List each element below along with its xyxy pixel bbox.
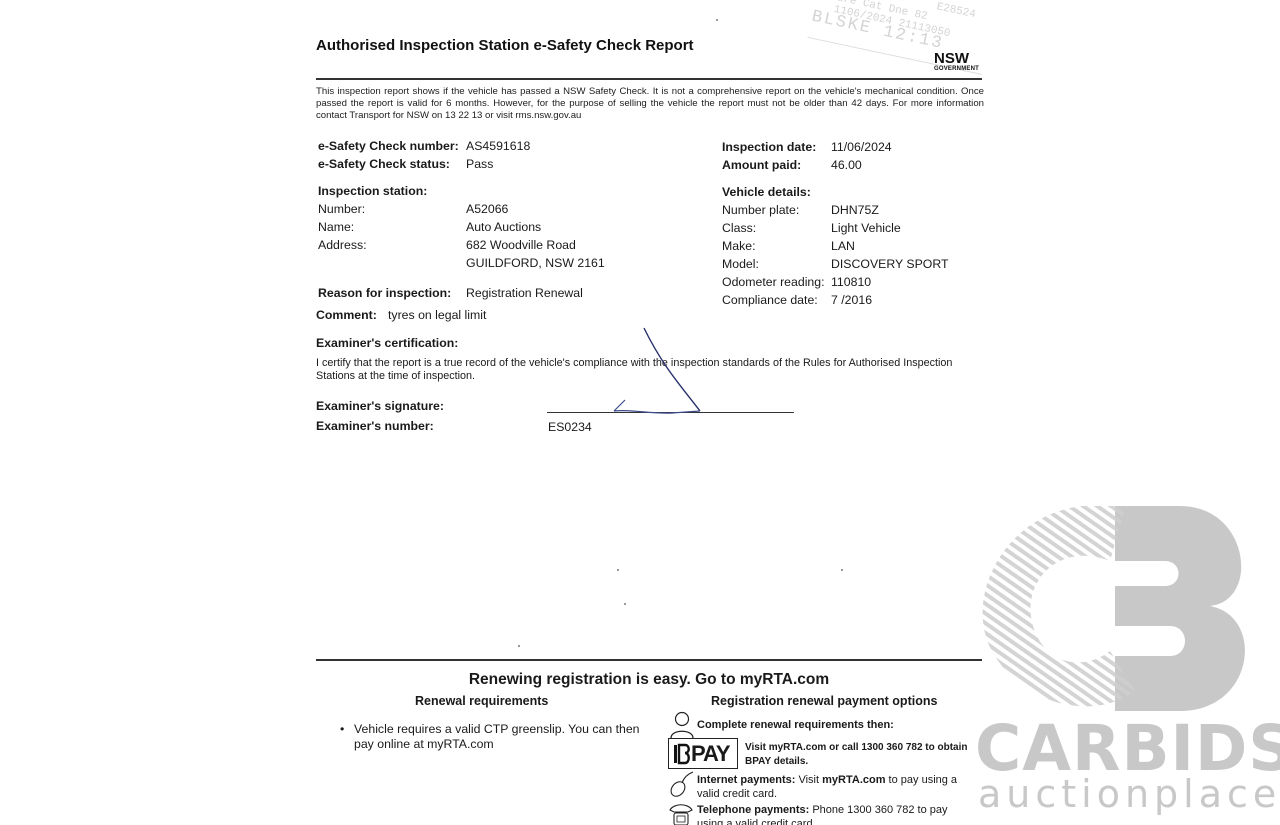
station-address-label: Address: bbox=[318, 236, 466, 254]
scan-speck bbox=[518, 645, 520, 647]
station-address-line2: GUILDFORD, NSW 2161 bbox=[466, 254, 605, 272]
odometer-value: 110810 bbox=[831, 275, 871, 289]
amount-paid-label: Amount paid: bbox=[722, 156, 831, 174]
model-value: DISCOVERY SPORT bbox=[831, 257, 949, 271]
reason-label: Reason for inspection: bbox=[318, 284, 466, 302]
scan-speck bbox=[624, 603, 626, 605]
reason-value: Registration Renewal bbox=[466, 286, 583, 300]
telephone-payment-line-2: using a valid credit card. bbox=[697, 817, 816, 825]
carbids-watermark-logo bbox=[975, 506, 1255, 711]
myrta-link[interactable]: myRTA.com bbox=[822, 774, 885, 786]
requirement-text: Vehicle requires a valid CTP greenslip. … bbox=[354, 722, 660, 752]
nsw-logo-mark: NSW bbox=[934, 53, 979, 66]
plate-value: DHN75Z bbox=[831, 203, 879, 217]
make-label: Make: bbox=[722, 237, 831, 255]
inspection-date-label: Inspection date: bbox=[722, 138, 831, 156]
certification-heading: Examiner's certification: bbox=[316, 334, 458, 352]
station-heading: Inspection station: bbox=[318, 182, 427, 200]
compliance-value: 7 /2016 bbox=[831, 293, 872, 307]
bpay-text-2: BPAY details. bbox=[745, 755, 808, 769]
station-address-row: Address:682 Woodville Road bbox=[318, 236, 576, 254]
plate-row: Number plate:DHN75Z bbox=[722, 201, 879, 219]
check-number-row: e-Safety Check number:AS4591618 bbox=[318, 137, 530, 155]
scan-speck bbox=[716, 19, 718, 21]
station-name-value: Auto Auctions bbox=[466, 220, 541, 234]
reason-row: Reason for inspection:Registration Renew… bbox=[318, 284, 583, 302]
check-number-value: AS4591618 bbox=[466, 139, 530, 153]
renewal-title: Renewing registration is easy. Go to myR… bbox=[316, 671, 982, 689]
make-value: LAN bbox=[831, 239, 855, 253]
bpay-logo-text: PAY bbox=[691, 741, 730, 767]
internet-label: Internet payments: bbox=[697, 774, 795, 786]
station-number-row: Number:A52066 bbox=[318, 200, 508, 218]
report-title: Authorised Inspection Station e-Safety C… bbox=[316, 37, 694, 54]
station-name-row: Name:Auto Auctions bbox=[318, 218, 541, 236]
compliance-label: Compliance date: bbox=[722, 291, 831, 309]
nsw-logo-sub: GOVERNMENT bbox=[934, 66, 979, 72]
model-label: Model: bbox=[722, 255, 831, 273]
complete-requirements-text: Complete renewal requirements then: bbox=[697, 718, 894, 732]
nsw-government-logo: NSW GOVERNMENT bbox=[934, 53, 979, 72]
inspection-date-row: Inspection date:11/06/2024 bbox=[722, 138, 892, 156]
intro-paragraph: This inspection report shows if the vehi… bbox=[316, 86, 984, 122]
bpay-mark-icon bbox=[673, 743, 691, 765]
comment-value: tyres on legal limit bbox=[388, 308, 486, 322]
bpay-logo: PAY bbox=[668, 738, 738, 769]
requirement-item: • Vehicle requires a valid CTP greenslip… bbox=[340, 722, 660, 752]
bullet-icon: • bbox=[340, 722, 344, 737]
class-label: Class: bbox=[722, 219, 831, 237]
check-status-value: Pass bbox=[466, 157, 493, 171]
examiner-number-value: ES0234 bbox=[548, 418, 592, 436]
internet-text: to pay using a bbox=[886, 774, 958, 786]
person-icon bbox=[669, 711, 695, 739]
telephone-payment-line-1: Telephone payments: Phone 1300 360 782 t… bbox=[697, 803, 948, 817]
station-number-label: Number: bbox=[318, 200, 466, 218]
renewal-requirements-heading: Renewal requirements bbox=[415, 694, 548, 708]
vehicle-heading: Vehicle details: bbox=[722, 183, 811, 201]
station-address-line1: 682 Woodville Road bbox=[466, 238, 576, 252]
examiner-number-label: Examiner's number: bbox=[316, 417, 434, 435]
examiner-signature bbox=[600, 325, 710, 420]
payment-options-heading: Registration renewal payment options bbox=[711, 694, 937, 708]
amount-paid-value: 46.00 bbox=[831, 158, 862, 172]
check-number-label: e-Safety Check number: bbox=[318, 137, 466, 155]
class-value: Light Vehicle bbox=[831, 221, 901, 235]
mouse-icon bbox=[669, 770, 695, 798]
footer-divider bbox=[316, 659, 982, 661]
plate-label: Number plate: bbox=[722, 201, 831, 219]
model-row: Model:DISCOVERY SPORT bbox=[722, 255, 949, 273]
comment-label: Comment: bbox=[316, 306, 388, 324]
amount-paid-row: Amount paid:46.00 bbox=[722, 156, 862, 174]
header-divider bbox=[316, 78, 982, 80]
make-row: Make:LAN bbox=[722, 237, 855, 255]
comment-row: Comment:tyres on legal limit bbox=[316, 306, 486, 324]
station-number-value: A52066 bbox=[466, 202, 508, 216]
odometer-row: Odometer reading:110810 bbox=[722, 273, 871, 291]
scan-speck bbox=[617, 569, 619, 571]
class-row: Class:Light Vehicle bbox=[722, 219, 901, 237]
internet-payment-line-2: valid credit card. bbox=[697, 787, 777, 801]
bpay-text-1: Visit myRTA.com or call 1300 360 782 to … bbox=[745, 741, 968, 755]
signature-label: Examiner's signature: bbox=[316, 397, 444, 415]
odometer-label: Odometer reading: bbox=[722, 273, 831, 291]
telephone-text: Phone 1300 360 782 to pay bbox=[809, 804, 947, 816]
check-status-label: e-Safety Check status: bbox=[318, 155, 466, 173]
station-name-label: Name: bbox=[318, 218, 466, 236]
internet-text: Visit bbox=[795, 774, 822, 786]
scan-speck bbox=[841, 569, 843, 571]
inspection-date-value: 11/06/2024 bbox=[831, 140, 892, 154]
internet-payment-line-1: Internet payments: Visit myRTA.com to pa… bbox=[697, 773, 957, 787]
check-status-row: e-Safety Check status:Pass bbox=[318, 155, 493, 173]
telephone-icon bbox=[668, 802, 694, 825]
watermark-tagline: auctionplace bbox=[978, 772, 1280, 816]
telephone-label: Telephone payments: bbox=[697, 804, 809, 816]
compliance-row: Compliance date:7 /2016 bbox=[722, 291, 872, 309]
